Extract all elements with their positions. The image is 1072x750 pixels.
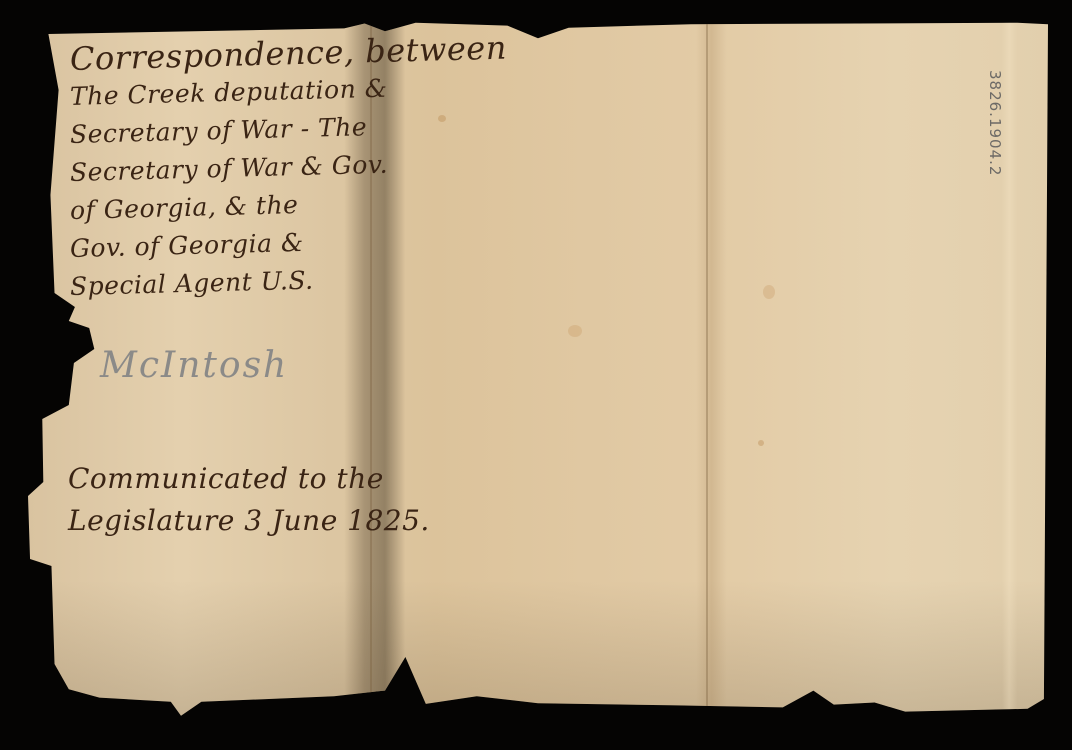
stain-spot — [568, 325, 582, 337]
stain-spot — [758, 440, 764, 446]
communicated-line: Legislature 3 June 1825. — [68, 500, 430, 542]
fold-line-right — [706, 20, 708, 720]
pencil-name-note: McIntosh — [100, 345, 288, 386]
docket-text: Correspondence, between The Creek deputa… — [70, 40, 370, 306]
communicated-line: Communicated to the — [68, 458, 430, 500]
stain-spot — [763, 285, 775, 299]
catalog-number: 3826.1904.2 — [986, 70, 1004, 176]
docket-line: Special Agent U.S. — [70, 260, 371, 306]
communicated-note: Communicated to the Legislature 3 June 1… — [68, 458, 430, 542]
stain-spot — [438, 115, 446, 122]
